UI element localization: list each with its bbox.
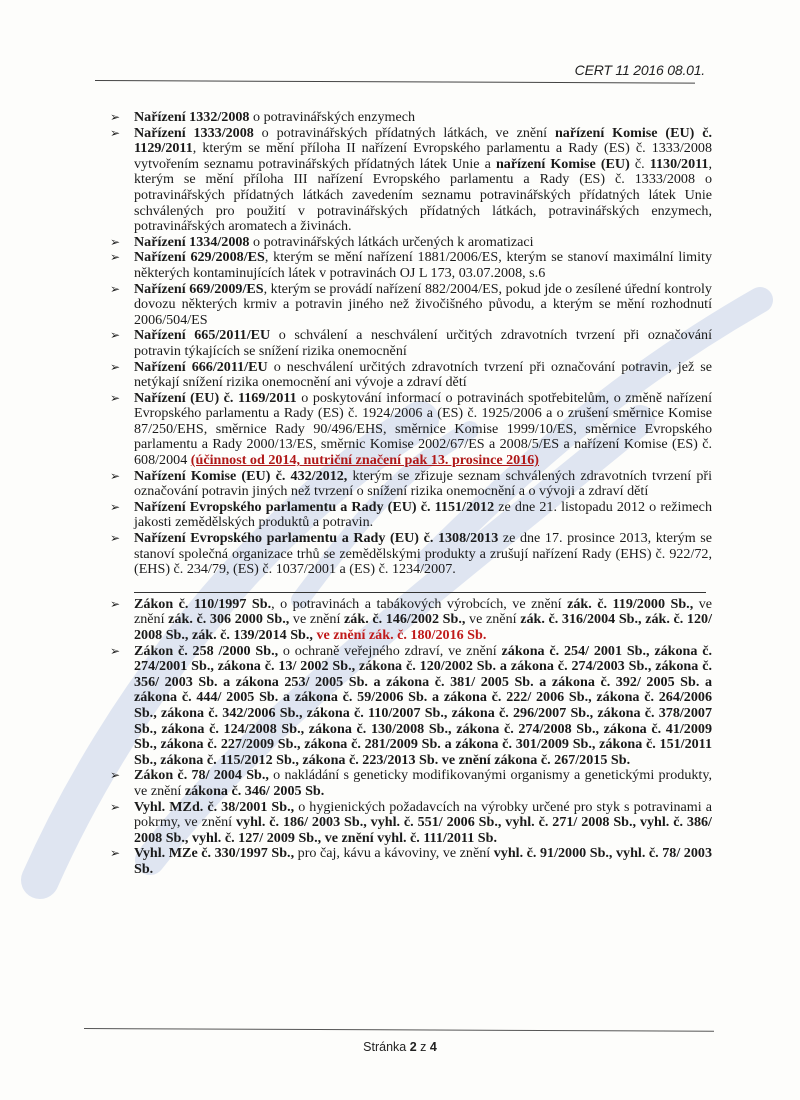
regulation-item: ➢Nařízení Evropského parlamentu a Rady (… [108,531,712,578]
bullet-arrow-icon: ➢ [110,360,120,376]
section-divider [134,592,706,593]
bullet-arrow-icon: ➢ [110,126,120,142]
bullet-arrow-icon: ➢ [110,531,120,547]
page-number: Stránka 2 z 4 [0,1040,800,1054]
page-total: 4 [430,1040,437,1054]
bullet-arrow-icon: ➢ [110,235,120,251]
regulation-item: ➢Nařízení Komise (EU) č. 432/2012, který… [108,469,712,500]
regulation-item: ➢Nařízení 665/2011/EU o schválení a nesc… [108,328,712,359]
document-code: CERT 11 2016 08.01. [575,62,705,78]
laws-list: ➢Zákon č. 110/1997 Sb., o potravinách a … [108,597,712,878]
regulation-item: ➢Nařízení 669/2009/ES, kterým se provádí… [108,282,712,329]
document-body: ➢Nařízení 1332/2008 o potravinářských en… [108,110,712,878]
law-item: ➢Zákon č. 110/1997 Sb., o potravinách a … [108,597,712,644]
bullet-arrow-icon: ➢ [110,469,120,485]
bullet-arrow-icon: ➢ [110,282,120,298]
page-current: 2 [410,1040,417,1054]
footer-divider [84,1028,714,1032]
law-item: ➢Vyhl. MZe č. 330/1997 Sb., pro čaj, káv… [108,846,712,877]
bullet-arrow-icon: ➢ [110,846,120,862]
bullet-arrow-icon: ➢ [110,597,120,613]
law-item: ➢Zákon č. 258 /2000 Sb., o ochraně veřej… [108,644,712,769]
header-divider [95,80,695,84]
regulation-item: ➢Nařízení Evropského parlamentu a Rady (… [108,500,712,531]
regulation-item: ➢Nařízení 1333/2008 o potravinářských př… [108,126,712,235]
regulation-item: ➢Nařízení 1332/2008 o potravinářských en… [108,110,712,126]
bullet-arrow-icon: ➢ [110,328,120,344]
law-item: ➢Vyhl. MZd. č. 38/2001 Sb., o hygienický… [108,800,712,847]
regulation-item: ➢Nařízení 629/2008/ES, kterým se mění na… [108,250,712,281]
regulations-list: ➢Nařízení 1332/2008 o potravinářských en… [108,110,712,578]
bullet-arrow-icon: ➢ [110,391,120,407]
bullet-arrow-icon: ➢ [110,800,120,816]
regulation-item: ➢Nařízení 666/2011/EU o neschválení urči… [108,360,712,391]
bullet-arrow-icon: ➢ [110,110,120,126]
page-sep: z [420,1040,426,1054]
bullet-arrow-icon: ➢ [110,500,120,516]
page-label: Stránka [363,1040,406,1054]
bullet-arrow-icon: ➢ [110,768,120,784]
regulation-item: ➢Nařízení 1334/2008 o potravinářských lá… [108,235,712,251]
law-item: ➢Zákon č. 78/ 2004 Sb., o nakládání s ge… [108,768,712,799]
bullet-arrow-icon: ➢ [110,250,120,266]
regulation-item: ➢Nařízení (EU) č. 1169/2011 o poskytován… [108,391,712,469]
bullet-arrow-icon: ➢ [110,644,120,660]
